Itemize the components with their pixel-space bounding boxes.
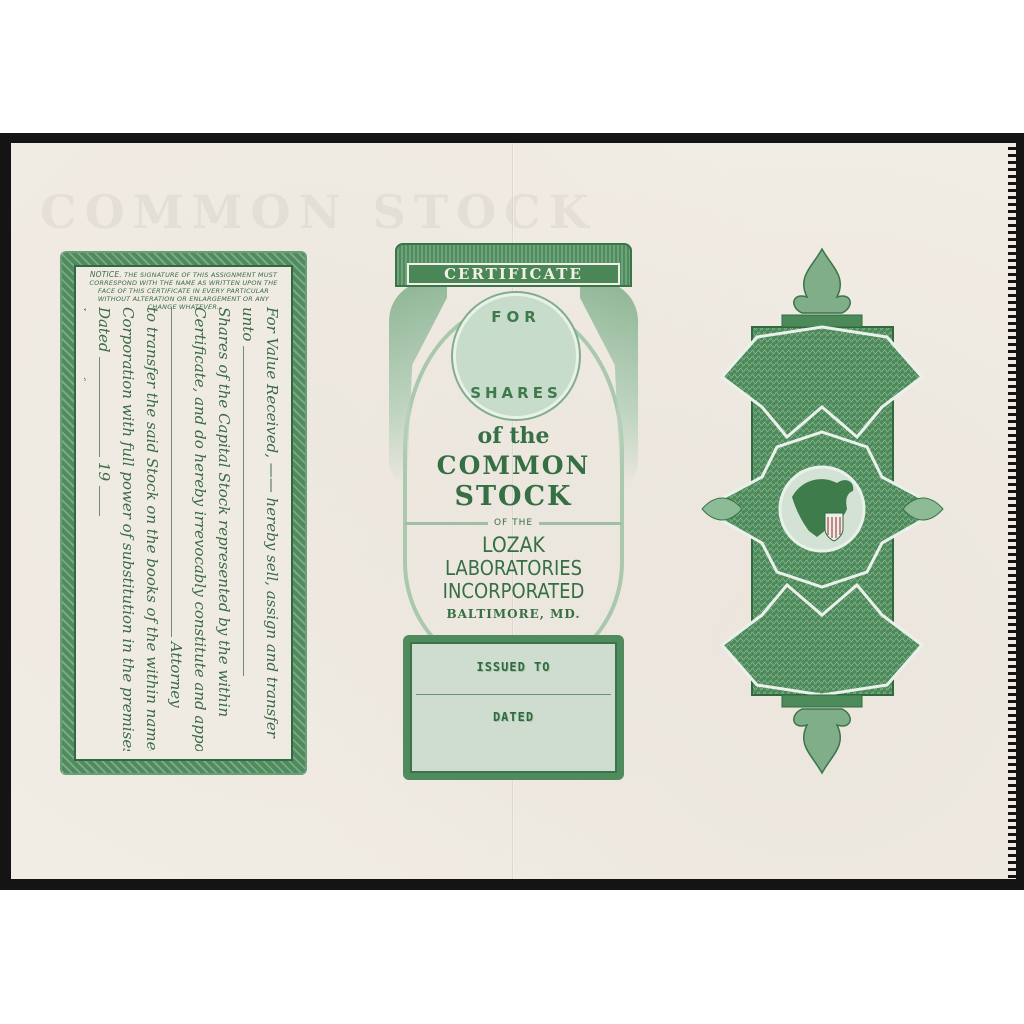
medallion-shares: SHARES xyxy=(456,384,576,402)
stock-text: STOCK xyxy=(395,481,632,512)
certificate-heading: CERTIFICATE xyxy=(407,263,620,285)
company-name-line3: INCORPORATED xyxy=(395,579,632,603)
assignment-notice: NOTICE. The signature of this assignment… xyxy=(86,271,281,311)
vignette-ornament-icon xyxy=(697,247,948,775)
attorney-blank[interactable] xyxy=(171,307,172,637)
of-the-text: of the xyxy=(395,423,632,449)
date-blank[interactable] xyxy=(99,357,100,457)
year-blank[interactable] xyxy=(99,486,100,516)
assignment-text-rotated: For Value Received, —— hereby sell, assi… xyxy=(84,307,284,751)
eagle-vignette xyxy=(697,247,948,775)
medallion-for: FOR xyxy=(456,308,576,326)
title-banner: CERTIFICATE xyxy=(395,243,632,287)
issued-to-blank[interactable] xyxy=(416,694,611,695)
assignment-line: unto xyxy=(236,307,260,751)
issue-record-box: ISSUED TO DATED xyxy=(403,635,624,780)
assignment-text-area: For Value Received, —— hereby sell, assi… xyxy=(84,307,284,751)
assignment-line: to transfer the said Stock on the books … xyxy=(140,307,164,751)
assignee-blank[interactable] xyxy=(243,346,244,676)
assignment-panel: NOTICE. The signature of this assignment… xyxy=(62,253,305,773)
assignment-line: Attorney xyxy=(164,307,188,751)
assignment-line: Dated 19 xyxy=(92,307,116,751)
company-name-line1: LOZAK xyxy=(395,533,632,557)
assignment-line: In presence of xyxy=(84,307,92,751)
assignment-line: For Value Received, —— hereby sell, assi… xyxy=(260,307,284,751)
assignment-line: Shares of the Capital Stock represented … xyxy=(212,307,236,751)
issued-to-label: ISSUED TO xyxy=(410,660,617,674)
perforated-edge xyxy=(1008,143,1016,879)
notice-label: NOTICE. xyxy=(90,270,122,279)
common-text: COMMON xyxy=(395,451,632,480)
assignment-line: Certificate, and do hereby irrevocably c… xyxy=(188,307,212,751)
company-name-line2: LABORATORIES xyxy=(395,556,632,580)
of-the-small-text: OF THE xyxy=(405,518,622,528)
dated-label: DATED xyxy=(410,710,617,724)
certificate-title-panel: CERTIFICATE FOR SHARES of the COMMON STO… xyxy=(395,243,632,780)
assignment-line: Corporation with full power of substitut… xyxy=(116,307,140,751)
shares-medallion: FOR SHARES xyxy=(453,293,579,419)
company-location: BALTIMORE, MD. xyxy=(395,607,632,621)
